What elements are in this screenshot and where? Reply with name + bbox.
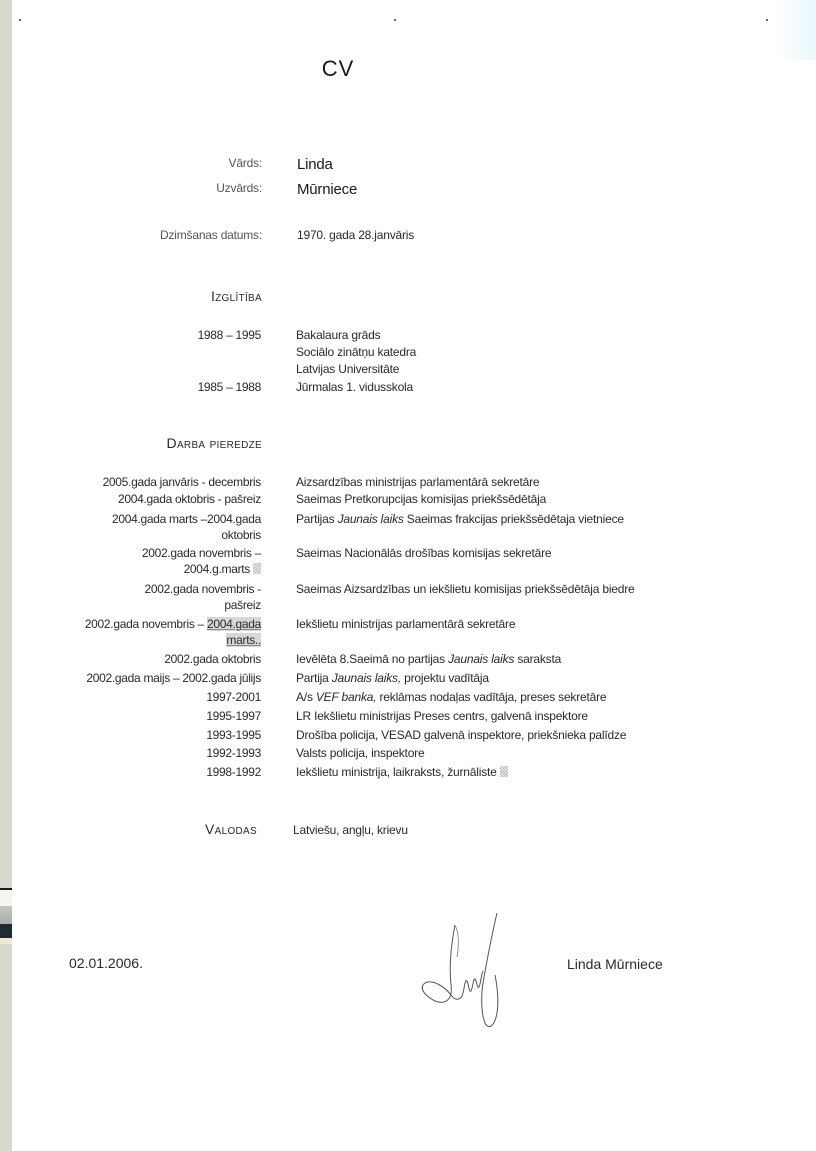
first-name-value: Linda — [297, 156, 333, 173]
job-period-line: oktobris — [221, 528, 261, 542]
job-description: Drošība policija, VESAD galvenā inspekto… — [296, 727, 626, 743]
edit-marker-icon — [500, 766, 508, 777]
job-period-line: 2002.gada novembris - — [145, 582, 261, 596]
signatory-name: Linda Mūrniece — [567, 956, 663, 972]
job-description: Valsts policija, inspektore — [296, 745, 424, 761]
job-description-text: Saeimas frakcijas priekšsēdētaja vietnie… — [404, 512, 624, 526]
job-period: 1998-1992 — [60, 764, 261, 780]
experience-heading: Darba pieredze — [167, 435, 262, 451]
job-description-text: projektu vadītāja — [401, 671, 489, 685]
job-description-text: saraksta — [514, 652, 561, 666]
education-period: 1985 – 1988 — [60, 379, 261, 395]
education-period: 1988 – 1995 — [60, 327, 261, 343]
job-period-line: 2004.g.marts — [184, 562, 250, 576]
job-period: 2002.gada novembris – 2004.g.marts — [60, 545, 261, 577]
job-description-text: Ievēlēta 8.Saeimā no partijas — [296, 652, 448, 666]
job-description-text: A/s — [296, 690, 316, 704]
scan-speck — [394, 19, 396, 21]
scan-speck — [766, 19, 768, 21]
highlighted-text: 2004.gada — [207, 617, 261, 631]
job-description: Iekšlietu ministrija, laikraksts, žurnāl… — [296, 764, 508, 780]
languages-value: Latviešu, angļu, krievu — [293, 822, 408, 838]
education-line: Latvijas Universitāte — [296, 361, 399, 377]
job-description: Saeimas Pretkorupcijas komisijas priekšs… — [296, 491, 546, 507]
company-name: VEF banka, — [316, 690, 377, 704]
job-description: Partija Jaunais laiks, projektu vadītāja — [296, 670, 489, 686]
education-heading: Izglītība — [211, 288, 262, 304]
job-period: 1995-1997 — [60, 708, 261, 724]
job-period: 2004.gada marts –2004.gada oktobris — [60, 511, 261, 543]
job-description: A/s VEF banka, reklāmas nodaļas vadītāja… — [296, 689, 606, 705]
education-line: Jūrmalas 1. vidusskola — [296, 379, 413, 395]
document-title: CV — [300, 56, 376, 82]
birth-date-value: 1970. gada 28.janvāris — [297, 228, 414, 242]
job-description: Saeimas Aizsardzības un iekšlietu komisi… — [296, 581, 635, 597]
job-description-text: reklāmas nodaļas vadītāja, preses sekret… — [376, 690, 606, 704]
party-name: Jaunais laiks — [448, 652, 514, 666]
job-description: Partijas Jaunais laiks Saeimas frakcijas… — [296, 511, 624, 527]
scanner-edge — [0, 0, 12, 1151]
last-name-value: Mūrniece — [297, 181, 357, 198]
education-line: Bakalaura grāds — [296, 327, 380, 343]
job-period-line: pašreiz — [224, 598, 261, 612]
job-description: Saeimas Nacionālās drošības komisijas se… — [296, 545, 551, 561]
scan-artifact — [0, 906, 12, 924]
languages-heading: Valodas — [205, 821, 257, 837]
job-period: 2002.gada novembris – 2004.gada marts.. — [60, 616, 261, 648]
job-period: 2004.gada oktobris - pašreiz — [60, 491, 261, 507]
job-description-text: Partijas — [296, 512, 338, 526]
scan-artifact — [0, 938, 12, 944]
scan-artifact — [0, 924, 12, 938]
job-period: 1997-2001 — [60, 689, 261, 705]
signature-date: 02.01.2006. — [69, 955, 143, 971]
signature-icon — [415, 905, 535, 1050]
job-period: 1993-1995 — [60, 727, 261, 743]
job-period: 2002.gada maijs – 2002.gada jūlijs — [60, 670, 261, 686]
scan-artifact — [0, 890, 12, 906]
job-description: Aizsardzības ministrijas parlamentārā se… — [296, 474, 539, 490]
job-period-line: 2002.gada novembris – — [85, 617, 207, 631]
scan-speck — [19, 19, 21, 21]
birth-date-label: Dzimšanas datums: — [0, 228, 262, 242]
party-name: Jaunais laiks, — [332, 671, 401, 685]
scan-tint — [776, 0, 816, 60]
edit-marker-icon — [253, 563, 261, 574]
job-description: Iekšlietu ministrijas parlamentārā sekre… — [296, 616, 515, 632]
job-period-line: 2002.gada novembris – — [142, 546, 261, 560]
job-description-text: Iekšlietu ministrija, laikraksts, žurnāl… — [296, 765, 497, 779]
highlighted-text: marts.. — [226, 633, 261, 647]
party-name: Jaunais laiks — [338, 512, 404, 526]
job-period: 2005.gada janvāris - decembris — [60, 474, 261, 490]
job-period-line: 2004.gada marts –2004.gada — [112, 512, 261, 526]
first-name-label: Vārds: — [0, 156, 262, 170]
job-period: 2002.gada oktobris — [60, 651, 261, 667]
job-period: 1992-1993 — [60, 745, 261, 761]
education-line: Sociālo zinātņu katedra — [296, 344, 416, 360]
job-description: LR Iekšlietu ministrijas Preses centrs, … — [296, 708, 588, 724]
last-name-label: Uzvārds: — [0, 181, 262, 195]
job-period: 2002.gada novembris - pašreiz — [60, 581, 261, 613]
job-description-text: Partija — [296, 671, 332, 685]
job-description: Ievēlēta 8.Saeimā no partijas Jaunais la… — [296, 651, 561, 667]
